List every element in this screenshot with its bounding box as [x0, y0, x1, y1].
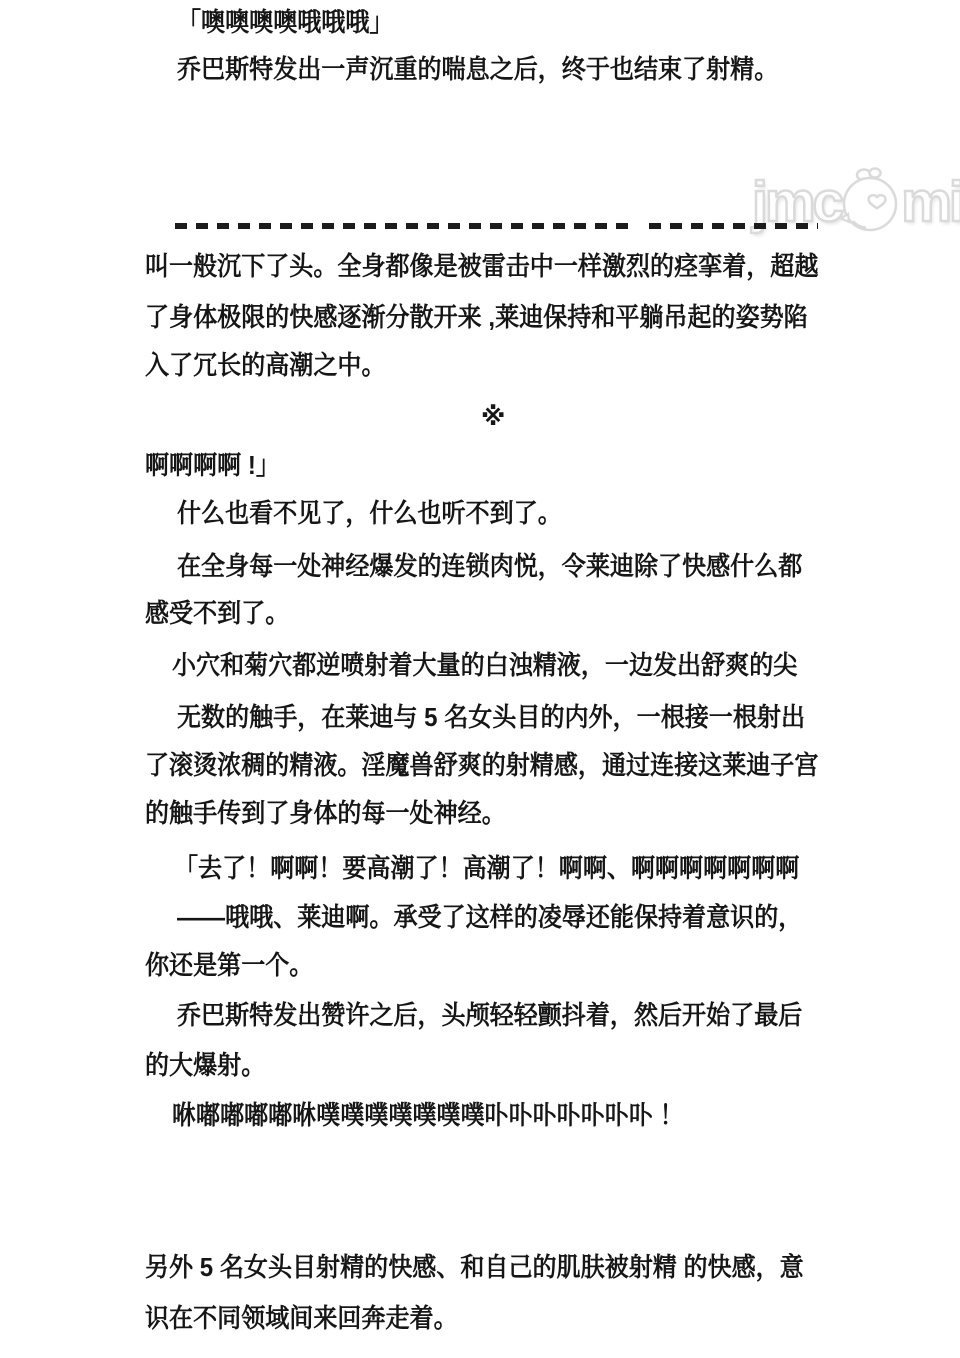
- text-line: 叫一般沉下了头。全身都像是被雷击中一样激烈的痉挛着，超越: [145, 253, 818, 280]
- watermark-text-left: jmc: [752, 174, 841, 231]
- text-line: 另外 5 名女头目射精的快感、和自己的肌肤被射精 的快感，意: [145, 1254, 804, 1281]
- clipped-line-remnant: [649, 223, 818, 229]
- text-line: 什么也看不见了，什么也听不到了。: [177, 500, 562, 527]
- text-line: 乔巴斯特发出一声沉重的喘息之后，终于也结束了射精。: [177, 56, 778, 83]
- clipped-line-remnant: [175, 223, 637, 229]
- text-line: 的触手传到了身体的每一处神经。: [145, 800, 506, 827]
- text-line: 「噢噢噢噢哦哦哦」: [177, 9, 393, 36]
- text-line: 感受不到了。: [145, 600, 289, 627]
- text-line: 无数的触手，在莱迪与 5 名女头目的内外，一根接一根射出: [177, 704, 805, 731]
- text-line: 了滚烫浓稠的精液。淫魔兽舒爽的射精感，通过连接这莱迪子宫: [145, 752, 818, 779]
- text-line: 了身体极限的快感逐渐分散开来 ,莱迪保持和平躺吊起的姿势陷: [145, 304, 808, 331]
- text-line: 咻嘟嘟嘟嘟咻噗噗噗噗噗噗噗卟卟卟卟卟卟卟 ！: [172, 1102, 684, 1129]
- text-line: 识在不同领域间来回奔走着。: [145, 1305, 458, 1332]
- novel-text-page: jmc mic 「噢噢噢噢哦哦哦」 乔巴斯特发出一声沉重的喘息之后，终于也结束了…: [0, 0, 960, 1358]
- text-line: 的大爆射。: [145, 1052, 265, 1079]
- jmcomic-mascot-icon: [839, 166, 903, 234]
- text-line: 在全身每一处神经爆发的连锁肉悦，令莱迪除了快感什么都: [177, 553, 802, 580]
- text-line: 你还是第一个。: [145, 952, 313, 979]
- text-line: 乔巴斯特发出赞许之后，头颅轻轻颤抖着，然后开始了最后: [177, 1002, 802, 1029]
- text-line: ——哦哦、莱迪啊。承受了这样的凌辱还能保持着意识的，: [177, 904, 802, 931]
- text-line: 啊啊啊啊 !」: [145, 452, 280, 479]
- section-divider: ※: [481, 404, 505, 431]
- text-line: 小穴和菊穴都逆喷射着大量的白浊精液，一边发出舒爽的尖: [172, 652, 797, 679]
- text-line: 「去了！啊啊！要高潮了！高潮了！啊啊、啊啊啊啊啊啊啊: [174, 855, 799, 882]
- watermark-text-right: mic: [901, 174, 960, 231]
- text-line: 入了冗长的高潮之中。: [145, 352, 386, 379]
